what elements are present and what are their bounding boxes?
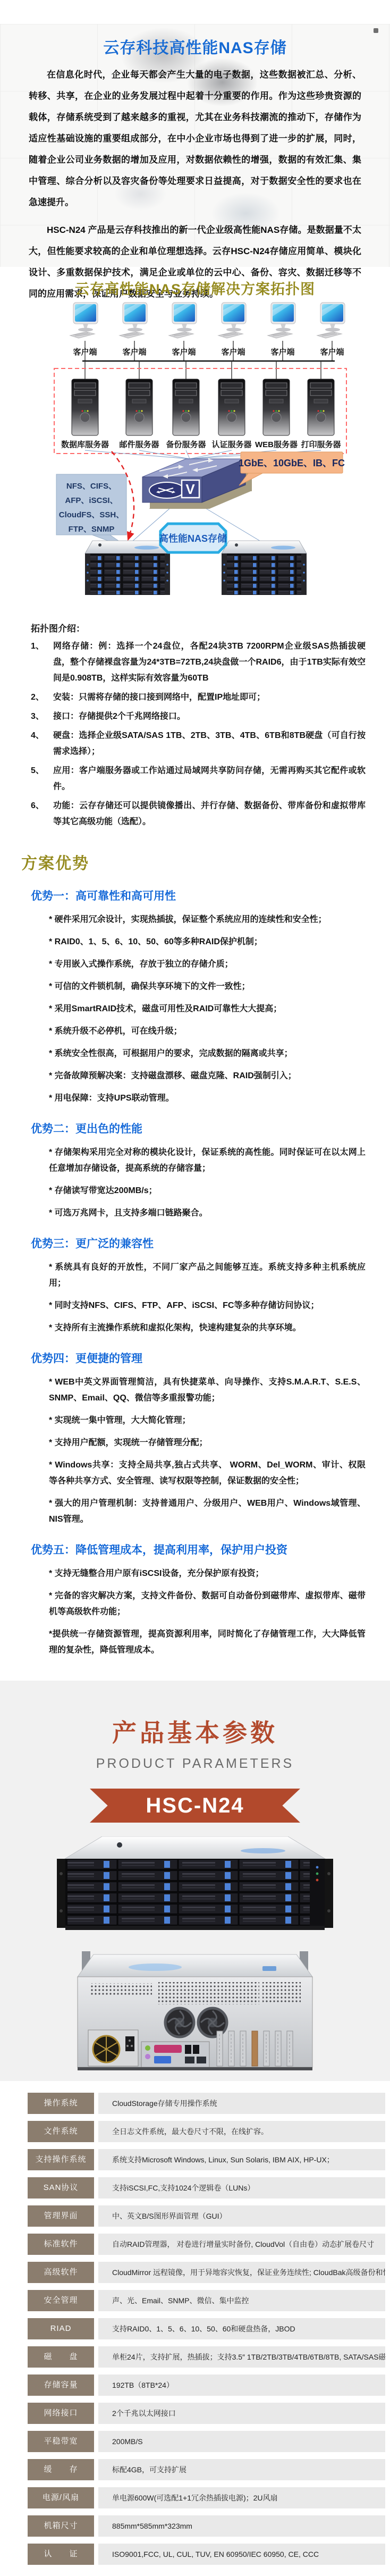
list-item: 2、 安装：只需将存储的接口接到网络中，配置IP地址即可； xyxy=(31,690,366,706)
client-computer-icons xyxy=(70,303,345,338)
advantage-bullet: * 完备的容灾解决方案，支持文件备份、数据可自动备份到磁带库、虚拟带库、磁带机等… xyxy=(21,1588,366,1620)
advantage-group-5: 优势五：降低管理成本，提高利用率，保护用户投资 * 支持无缝整合用户原有iSCS… xyxy=(21,1541,366,1658)
advantage-bullet: * 用电保障：支持UPS联动管理。 xyxy=(21,1090,366,1106)
svg-text:客户端: 客户端 xyxy=(172,347,196,357)
table-row: 网络接口 2个千兆以太网接口 xyxy=(28,2403,385,2424)
table-row: 文件系统 全日志文件系统，最大卷尺寸不限，在线扩容。 xyxy=(28,2121,385,2142)
list-text: 接口：存储提供2个千兆网络接口。 xyxy=(53,709,366,725)
spec-value: 200MB/S xyxy=(98,2431,385,2452)
page-corner-mark xyxy=(374,28,378,33)
svg-text:客户端: 客户端 xyxy=(270,347,294,357)
advantage-bullet: * 系统具有良好的开放性，不同厂家产品之间能够互连。系统支持多种主机系统应用； xyxy=(21,1260,366,1291)
list-number: 1、 xyxy=(31,639,53,686)
table-row: 平稳带宽 200MB/S xyxy=(28,2431,385,2452)
link-types-callout: 1GbE、10GbE、IB、FC xyxy=(239,452,345,485)
list-item: 6、 功能：云存存储还可以提供镜像播出、并行存储、数据备份、带库备份和虚拟带库等… xyxy=(31,798,366,830)
svg-text:WEB服务器: WEB服务器 xyxy=(255,440,298,449)
topology-section: 云存高性能NAS存储解决方案拓扑图 xyxy=(0,267,390,607)
product-rear-photo xyxy=(75,1951,315,2072)
table-row: 高级软件 CloudMirror 远程镜像，用于异地容灾恢复，保证业务连续性; … xyxy=(28,2262,385,2283)
spec-value: 支持RAID0、1、5、6、10、50、60和硬盘热备，JBOD xyxy=(98,2318,385,2339)
list-number: 3、 xyxy=(31,709,53,725)
page-title: 云存科技高性能NAS存储 xyxy=(29,35,361,58)
spec-value: 系统支持Microsoft Windows, Linux, Sun Solari… xyxy=(98,2149,385,2170)
advantage-bullet: * 完备故障预解决案：支持磁盘漂移、磁盘克隆、RAID强制引入； xyxy=(21,1068,366,1084)
spec-label: 管理界面 xyxy=(28,2205,94,2227)
spec-label: 磁 盘 xyxy=(28,2346,94,2368)
list-number: 5、 xyxy=(31,763,53,795)
advantages-heading: 方案优势 xyxy=(21,850,366,874)
table-row: 认 证 ISO9001,FCC, UL, CUL, TUV, EN 60950/… xyxy=(28,2544,385,2565)
spec-value: 支持iSCSI,FC,支持1024个逻辑卷（LUNs） xyxy=(98,2177,385,2199)
spec-label: 电源/风扇 xyxy=(28,2487,94,2508)
advantage-bullet: * 专用嵌入式操作系统，存放于独立的存储介质； xyxy=(21,956,366,972)
advantage-bullet: * 支持所有主流操作系统和虚拟化架构，快速构建复杂的共享环境。 xyxy=(21,1320,366,1336)
spec-value: 标配4GB，可支持扩展 xyxy=(98,2459,385,2480)
svg-text:客户端: 客户端 xyxy=(320,347,344,357)
list-text: 应用：客户端服务器或工作站通过局域网共享防问存储，无需再购买其它配件或软件。 xyxy=(53,763,366,795)
table-row: 操作系统 CloudStorage存储专用操作系统 xyxy=(28,2093,385,2114)
advantage-bullet: * 强大的用户管理机制：支持普通用户、分级用户、WEB用户、Windows域管理… xyxy=(21,1496,366,1528)
spec-label: SAN协议 xyxy=(28,2177,94,2199)
server-tower-icons xyxy=(72,379,334,435)
spec-label: 平稳带宽 xyxy=(28,2431,94,2452)
spec-label: 网络接口 xyxy=(28,2403,94,2424)
list-text: 安装：只需将存储的接口接到网络中，配置IP地址即可； xyxy=(53,690,366,706)
table-row: 电源/风扇 单电源600W(可选配1+1冗余热插拔电源)；2U风扇 xyxy=(28,2487,385,2508)
parameters-section: 产品基本参数 PRODUCT PARAMETERS HSC-N24 xyxy=(0,1681,390,2081)
advantage-bullet: * 支持无缝整合用户原有iSCSI设备，充分保护原有投资； xyxy=(21,1566,366,1582)
spec-value: CloudMirror 远程镜像，用于异地容灾恢复，保证业务连续性; Cloud… xyxy=(98,2262,385,2283)
spec-label: 高级软件 xyxy=(28,2262,94,2283)
svg-text:邮件服务器: 邮件服务器 xyxy=(119,440,159,449)
vent-grid-icon xyxy=(158,1982,259,2004)
switch-icon: V xyxy=(142,458,252,509)
svg-text:备份服务器: 备份服务器 xyxy=(166,440,206,449)
svg-text:AFP、iSCSI、: AFP、iSCSI、 xyxy=(65,496,117,505)
table-row: 安全管理 声、光、Email、SNMP、微信、集中监控 xyxy=(28,2290,385,2311)
list-number: 6、 xyxy=(31,798,53,830)
table-row: 管理界面 中、英文B/S图形界面管理（GUI） xyxy=(28,2205,385,2227)
list-text: 硬盘：选择企业级SATA/SAS 1TB、2TB、3TB、4TB、6TB和8TB… xyxy=(53,728,366,760)
table-row: 磁 盘 单柜24片，支持扩展，热插拔；支持3.5″ 1TB/2TB/3TB/4T… xyxy=(28,2346,385,2368)
advantage-bullet: * 系统升级不必停机，可在线升级； xyxy=(21,1023,366,1039)
table-row: SAN协议 支持iSCSI,FC,支持1024个逻辑卷（LUNs） xyxy=(28,2177,385,2199)
svg-text:高性能NAS存储: 高性能NAS存储 xyxy=(159,533,227,544)
advantage-title: 优势五：降低管理成本，提高利用率，保护用户投资 xyxy=(31,1541,366,1557)
table-row: 机箱尺寸 885mm*585mm*323mm xyxy=(28,2515,385,2537)
spec-label: 操作系统 xyxy=(28,2093,94,2114)
spec-table: 操作系统 CloudStorage存储专用操作系统 文件系统 全日志文件系统，最… xyxy=(0,2081,390,2576)
table-row: 缓 存 标配4GB，可支持扩展 xyxy=(28,2459,385,2480)
advantages-section: 方案优势 优势一：高可靠性和高可用性 * 硬件采用冗余设计，实现热插拔，保证整个… xyxy=(0,833,390,1681)
spec-label: RIAD xyxy=(28,2318,94,2339)
drive-bays xyxy=(67,1860,310,1926)
spec-label: 机箱尺寸 xyxy=(28,2515,94,2537)
list-text: 功能：云存存储还可以提供镜像播出、并行存储、数据备份、带库备份和虚拟带库等其它高… xyxy=(53,798,366,830)
list-number: 4、 xyxy=(31,728,53,760)
svg-text:数据库服务器: 数据库服务器 xyxy=(61,440,109,449)
advantage-bullet: *提供统一存储资源管理，提高资源利用率，同时简化了存储管理工作，大大降低管理的复… xyxy=(21,1626,366,1658)
spec-label: 标准软件 xyxy=(28,2234,94,2255)
table-row: 支持操作系统 系统支持Microsoft Windows, Linux, Sun… xyxy=(28,2149,385,2170)
advantage-bullet: * 可信的文件锁机制，确保共享环境下的文件一致性； xyxy=(21,979,366,995)
svg-text:CloudFS、SSH、: CloudFS、SSH、 xyxy=(59,510,124,519)
spec-value: CloudStorage存储专用操作系统 xyxy=(98,2093,385,2114)
advantage-bullet: * RAID0、1、5、6、10、50、60等多种RAID保护机制； xyxy=(21,934,366,950)
advantage-bullet: * 采用SmartRAID技术，磁盘可用性及RAID可靠性大大提高； xyxy=(21,1001,366,1017)
advantage-title: 优势二：更出色的性能 xyxy=(31,1120,366,1136)
svg-text:打印服务器: 打印服务器 xyxy=(300,440,341,449)
advantage-bullet: * 同时支持NFS、CIFS、FTP、AFP、iSCSI、FC等多种存储访问协议… xyxy=(21,1298,366,1314)
list-item: 3、 接口：存储提供2个千兆网络接口。 xyxy=(31,709,366,725)
list-item: 1、 网络存储：例：选择一个24盘位，各配24块3TB 7200RPM企业级SA… xyxy=(31,639,366,686)
spec-label: 存储容量 xyxy=(28,2374,94,2396)
rack-ear-right xyxy=(325,1859,333,1928)
svg-text:FTP、SNMP: FTP、SNMP xyxy=(69,525,115,534)
list-number: 2、 xyxy=(31,690,53,706)
advantage-group-4: 优势四：更便捷的管理 * WEB中英文界面管理简洁，具有快捷菜单、向导操作、支持… xyxy=(21,1350,366,1528)
table-row: RIAD 支持RAID0、1、5、6、10、50、60和硬盘热备，JBOD xyxy=(28,2318,385,2339)
spec-label: 缓 存 xyxy=(28,2459,94,2480)
spec-label: 支持操作系统 xyxy=(28,2149,94,2170)
table-row: 存储容量 192TB（8TB*24） xyxy=(28,2374,385,2396)
psu-icon xyxy=(88,2030,138,2066)
vent-grid-icon xyxy=(262,1982,301,2002)
intro-section: 云存科技高性能NAS存储 在信息化时代，企业每天都会产生大量的电子数据，这些数据… xyxy=(0,24,390,267)
advantage-group-2: 优势二：更出色的性能 * 存储架构采用完全对称的模块化设计，保证系统的高性能。同… xyxy=(21,1120,366,1221)
list-item: 5、 应用：客户端服务器或工作站通过局域网共享防问存储，无需再购买其它配件或软件… xyxy=(31,763,366,795)
svg-text:NFS、CIFS、: NFS、CIFS、 xyxy=(66,482,116,491)
model-ribbon: HSC-N24 xyxy=(90,1789,300,1823)
topology-intro-heading: 拓扑图介绍： xyxy=(31,621,366,634)
advantage-title: 优势四：更便捷的管理 xyxy=(31,1350,366,1366)
topology-diagram: 客户端 客户端 客户端 客户端 客户端 客户端 数据库服务器 邮件服务器 备份服… xyxy=(0,301,390,607)
spec-label: 文件系统 xyxy=(28,2121,94,2142)
client-labels: 客户端 客户端 客户端 客户端 客户端 客户端 xyxy=(73,347,344,357)
svg-text:客户端: 客户端 xyxy=(122,347,146,357)
advantage-bullet: * 系统安全性很高，可根据用户的要求，完成数据的隔离或共享； xyxy=(21,1046,366,1062)
spec-label: 安全管理 xyxy=(28,2290,94,2311)
nas-storage-icon-left xyxy=(85,541,170,595)
power-led-icon xyxy=(117,1842,122,1848)
protocol-callout: NFS、CIFS、 AFP、iSCSI、 CloudFS、SSH、 FTP、SN… xyxy=(56,474,131,549)
spec-value: 中、英文B/S图形界面管理（GUI） xyxy=(98,2205,385,2227)
spec-value: 自动RAID管理器， 对卷进行增量实时备份, CloudVol（自由卷）动态扩展… xyxy=(98,2234,385,2255)
advantage-bullet: * 可选万兆网卡，且支持多端口链路聚合。 xyxy=(21,1205,366,1221)
spec-value: ISO9001,FCC, UL, CUL, TUV, EN 60950/IEC … xyxy=(98,2544,385,2565)
svg-text:客户端: 客户端 xyxy=(73,347,97,357)
client-bus-lines xyxy=(82,341,335,381)
advantage-bullet: * 存储架构采用完全对称的模块化设计，保证系统的高性能。同时保证可在以太网上任意… xyxy=(21,1145,366,1177)
vent-grid-icon xyxy=(90,1983,152,1996)
io-panel-icon xyxy=(141,2042,209,2067)
rack-ear-left xyxy=(57,1859,65,1928)
server-labels: 数据库服务器 邮件服务器 备份服务器 认证服务器 WEB服务器 打印服务器 xyxy=(61,440,341,449)
list-item: 4、 硬盘：选择企业级SATA/SAS 1TB、2TB、3TB、4TB、6TB和… xyxy=(31,728,366,760)
nas-badge: 高性能NAS存储 xyxy=(159,524,227,552)
product-page: 云存科技高性能NAS存储 在信息化时代，企业每天都会产生大量的电子数据，这些数据… xyxy=(0,24,390,2576)
svg-text:1GbE、10GbE、IB、FC: 1GbE、10GbE、IB、FC xyxy=(239,458,345,468)
advantage-title: 优势三：更广泛的兼容性 xyxy=(31,1235,366,1251)
parameters-subtitle: PRODUCT PARAMETERS xyxy=(0,1756,390,1772)
advantage-bullet: * 支持用户配额，实现统一存储管理分配； xyxy=(21,1435,366,1451)
table-row: 标准软件 自动RAID管理器， 对卷进行增量实时备份, CloudVol（自由卷… xyxy=(28,2234,385,2255)
parameters-title: 产品基本参数 xyxy=(0,1714,390,1749)
spec-value: 192TB（8TB*24） xyxy=(98,2374,385,2396)
nas-storage-icon-right xyxy=(222,541,307,595)
advantage-bullet: * WEB中英文界面管理简洁，具有快捷菜单、向导操作、支持S.M.A.R.T、S… xyxy=(21,1374,366,1406)
list-text: 网络存储：例：选择一个24盘位，各配24块3TB 7200RPM企业级SAS热插… xyxy=(53,639,366,686)
advantage-bullet: * 存储读写带宽达200MB/s； xyxy=(21,1183,366,1199)
spec-value: 单柜24片，支持扩展，热插拔；支持3.5″ 1TB/2TB/3TB/4TB/6T… xyxy=(98,2346,385,2368)
advantage-bullet: * 硬件采用冗余设计，实现热插拔，保证整个系统应用的连续性和安全性； xyxy=(21,912,366,928)
advantage-group-3: 优势三：更广泛的兼容性 * 系统具有良好的开放性，不同厂家产品之间能够互连。系统… xyxy=(21,1235,366,1336)
advantage-title: 优势一：高可靠性和高可用性 xyxy=(31,887,366,903)
topology-intro-section: 拓扑图介绍： 1、 网络存储：例：选择一个24盘位，各配24块3TB 7200R… xyxy=(0,607,390,830)
advantage-bullet: * Windows共享：支持全局共享,独占式共享、 WORM、Del_WORM、… xyxy=(21,1457,366,1489)
intro-paragraph-1: 在信息化时代，企业每天都会产生大量的电子数据，这些数据被汇总、分析、转移、共享，… xyxy=(29,64,361,213)
svg-text:客户端: 客户端 xyxy=(221,347,245,357)
spec-value: 全日志文件系统，最大卷尺寸不限，在线扩容。 xyxy=(98,2121,385,2142)
svg-text:认证服务器: 认证服务器 xyxy=(211,440,251,449)
advantage-bullet: * 实现统一集中管理，大大简化管理； xyxy=(21,1413,366,1429)
spec-value: 2个千兆以太网接口 xyxy=(98,2403,385,2424)
spec-value: 单电源600W(可选配1+1冗余热插拔电源)；2U风扇 xyxy=(98,2487,385,2508)
switch-letter: V xyxy=(185,481,195,497)
spec-value: 声、光、Email、SNMP、微信、集中监控 xyxy=(98,2290,385,2311)
spec-value: 885mm*585mm*323mm xyxy=(98,2515,385,2537)
spec-label: 认 证 xyxy=(28,2544,94,2565)
advantage-group-1: 优势一：高可靠性和高可用性 * 硬件采用冗余设计，实现热插拔，保证整个系统应用的… xyxy=(21,887,366,1106)
product-front-photo xyxy=(57,1836,333,1933)
